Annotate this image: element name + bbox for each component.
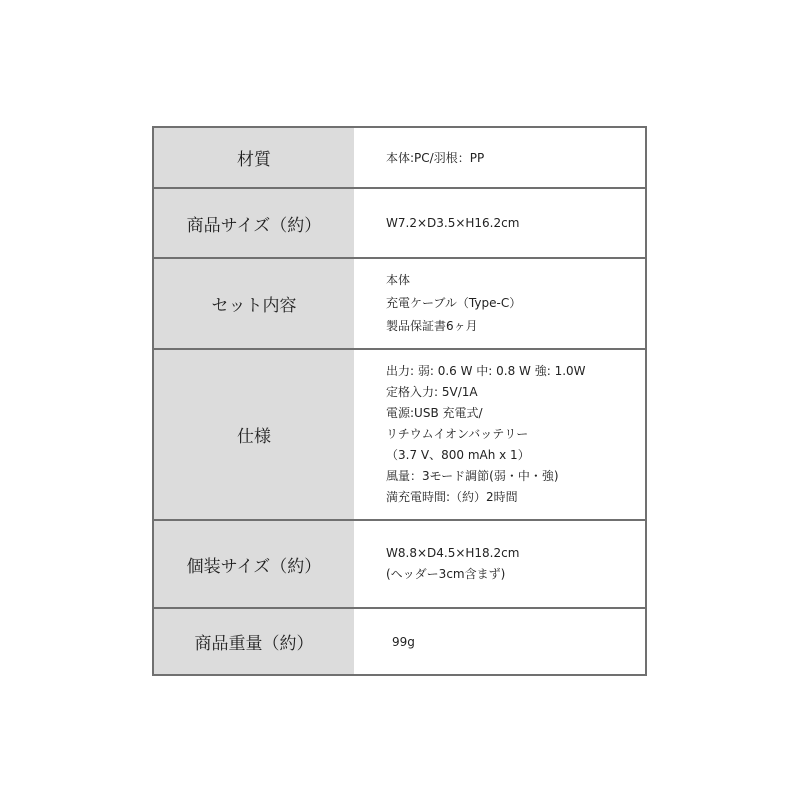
label-cell: 商品サイズ（約） [154, 189, 354, 257]
row-specifications: 仕様 出力: 弱: 0.6 W 中: 0.8 W 強: 1.0W 定格入力: 5… [154, 348, 645, 519]
value-line: W7.2×D3.5×H16.2cm [386, 213, 645, 233]
value-line: 99g [392, 632, 645, 652]
value-cell: 本体 充電ケーブル（Type-C） 製品保証書6ヶ月 [354, 259, 645, 348]
value-cell: W7.2×D3.5×H16.2cm [354, 189, 645, 257]
label-cell: 仕様 [154, 350, 354, 519]
value-line: 風量：3モード調節(弱・中・強) [386, 466, 645, 487]
value-cell: 出力: 弱: 0.6 W 中: 0.8 W 強: 1.0W 定格入力: 5V/1… [354, 350, 645, 519]
value-line: （3.7 V、800 mAh x 1） [386, 445, 645, 466]
value-line: 出力: 弱: 0.6 W 中: 0.8 W 強: 1.0W [386, 361, 645, 382]
label-cell: セット内容 [154, 259, 354, 348]
value-line: 満充電時間:（約）2時間 [386, 487, 645, 508]
value-line: W8.8×D4.5×H18.2cm [386, 543, 645, 564]
value-line: 製品保証書6ヶ月 [386, 315, 645, 338]
label-cell: 材質 [154, 128, 354, 187]
value-line: リチウムイオンバッテリー [386, 424, 645, 445]
label-cell: 個装サイズ（約） [154, 521, 354, 607]
value-line: 充電ケーブル（Type-C） [386, 292, 645, 315]
row-material: 材質 本体:PC/羽根：PP [154, 128, 645, 187]
value-line: 定格入力: 5V/1A [386, 382, 645, 403]
label-cell: 商品重量（約） [154, 609, 354, 674]
value-cell: 本体:PC/羽根：PP [354, 128, 645, 187]
row-set-contents: セット内容 本体 充電ケーブル（Type-C） 製品保証書6ヶ月 [154, 257, 645, 348]
value-line: (ヘッダー3cm含まず) [386, 564, 645, 585]
row-product-size: 商品サイズ（約） W7.2×D3.5×H16.2cm [154, 187, 645, 257]
value-cell: 99g [354, 609, 645, 674]
value-cell: W8.8×D4.5×H18.2cm (ヘッダー3cm含まず) [354, 521, 645, 607]
row-package-size: 個装サイズ（約） W8.8×D4.5×H18.2cm (ヘッダー3cm含まず) [154, 519, 645, 607]
value-line: 本体:PC/羽根：PP [386, 148, 645, 168]
value-line: 本体 [386, 269, 645, 292]
row-product-weight: 商品重量（約） 99g [154, 607, 645, 674]
value-line: 電源:USB 充電式/ [386, 403, 645, 424]
spec-table: 材質 本体:PC/羽根：PP 商品サイズ（約） W7.2×D3.5×H16.2c… [152, 126, 647, 676]
